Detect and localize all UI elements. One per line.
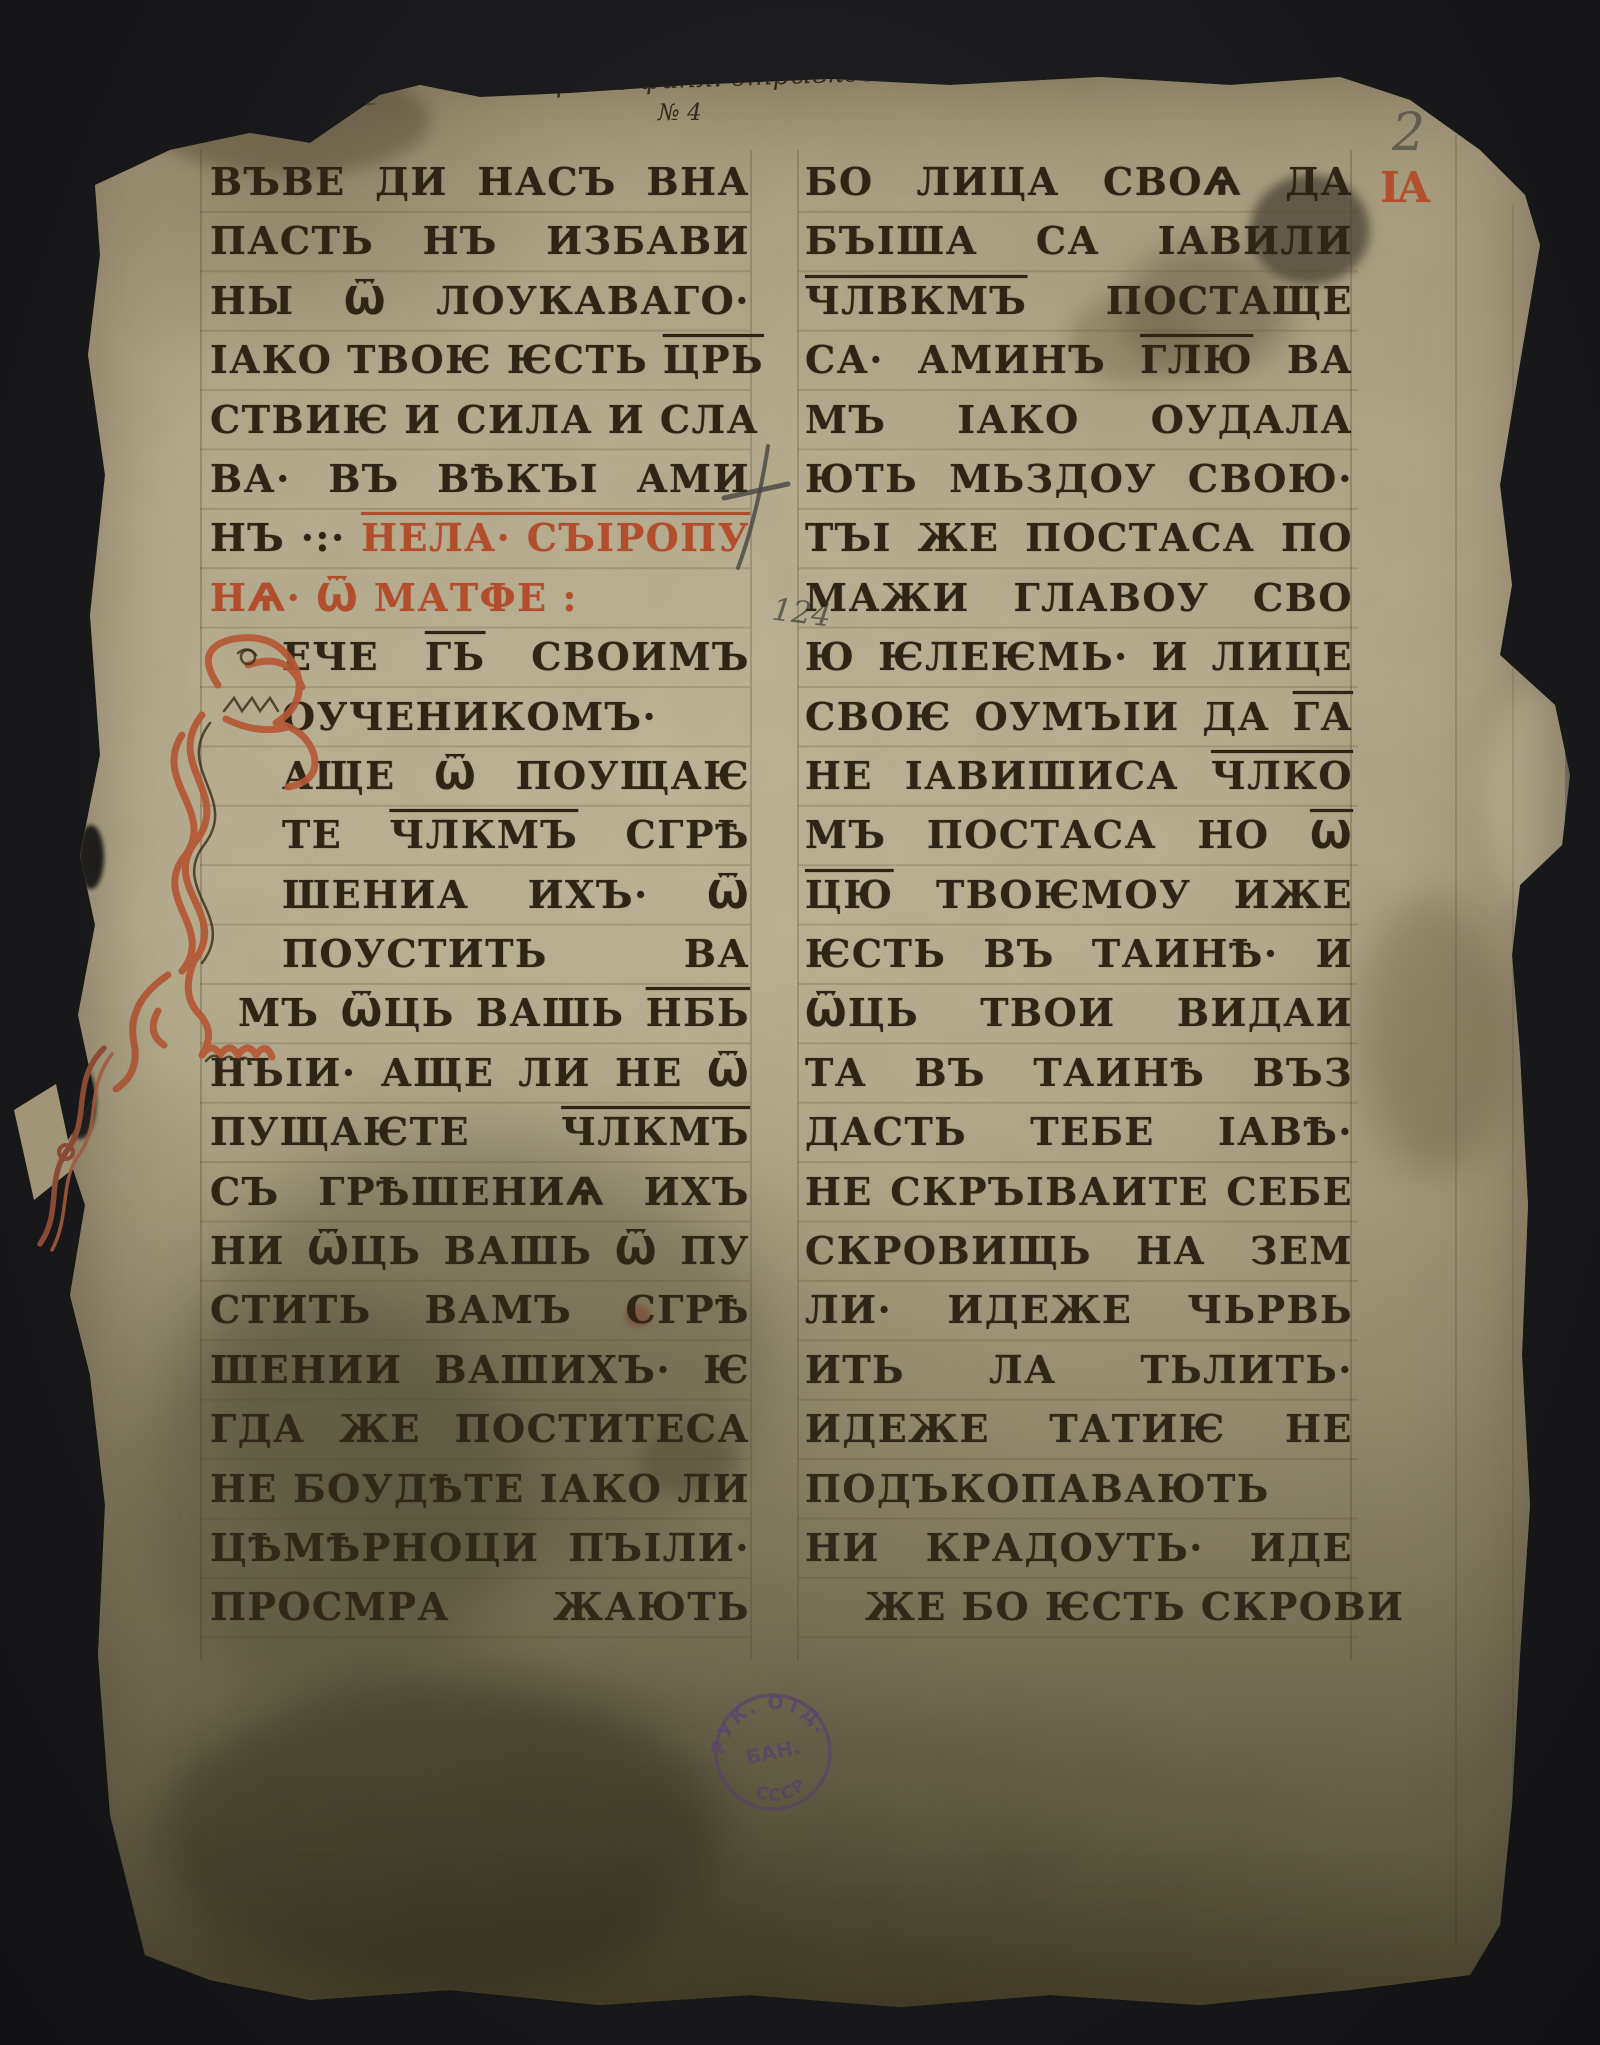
manuscript-line: НЕ СКРЪІВАИТЕ СЕБЕ [805,1162,1353,1221]
manuscript-line: МЪ ПОСТАСА НО Ѡ [805,805,1353,864]
manuscript-line: НИ ѾЦЬ ВАШЬ Ѿ ПУ [210,1221,750,1280]
svg-text:СССР: СССР [750,1772,814,1811]
text-run: ѾЦЬ ТВОИ ВИДАИ [805,990,1353,1035]
manuscript-line: ВЪВЕ ДИ НАСЪ ВНА [210,152,750,211]
text-run: НЪ ·:· [210,515,361,560]
manuscript-line: ІАКО ТВОѤ ѤСТЬ ЦРЬ [210,330,750,389]
text-run: ВА· ВЪ ВѢКЪІ АМИ [210,456,750,501]
manuscript-line: ПРОСМРА ЖАЮТЬ [210,1577,750,1636]
text-run: ИТЬ ЛА ТЬЛИТЬ· [805,1347,1353,1392]
stamp-text-bottom: СССР [750,1772,814,1811]
manuscript-line: ПОДЪКОПАВАЮТЬ [805,1459,1353,1518]
manuscript-line: ЦѢМѢРНОЦИ ПЪІЛИ· [210,1518,750,1577]
manuscript-line: ЧЛВКМЪ ПОСТАЩЕ [805,271,1353,330]
text-run: МЪ ПОСТАСА НО [805,812,1310,857]
text-run: СА· АМИНЪ [805,337,1140,382]
edge-hole-3 [80,1495,98,1537]
text-run: СКРОВИЩЬ НА ЗЕМ [805,1228,1353,1273]
right-text-column: БО ЛИЦА СВОѦ ДАБЪІША СА ІАВИЛИЧЛВКМЪ ПОС… [805,152,1353,1637]
manuscript-line: ОУЧЕНИКОМЪ· [282,687,750,746]
text-run: ИДЕЖЕ ТАТИѤ НЕ [805,1406,1353,1451]
text-run: ПУЩАѤТЕ [210,1109,561,1154]
text-run: НЕ СКРЪІВАИТЕ СЕБЕ [805,1169,1353,1214]
text-run: СВОИМЪ [485,634,750,679]
manuscript-line: ѾЦЬ ТВОИ ВИДАИ [805,983,1353,1042]
edge-hole-1 [78,825,104,889]
manuscript-line: ѤСТЬ ВЪ ТАИНѢ· И [805,924,1353,983]
manuscript-line: Ю ѤЛЕѤМЬ· И ЛИЦЕ [805,627,1353,686]
light-patch-right-edge [1490,685,1585,915]
text-run: ЖЕ БО ѤСТЬ СКРОВИ [865,1584,1404,1629]
text-run: ШЕНИИ ВАШИХЪ· Ѥ [210,1347,750,1392]
collection-number: № 4 [658,100,702,126]
manuscript-line: СТИТЬ ВАМЪ СГРѢ [210,1280,750,1339]
text-run: БЪІША СА ІАВИЛИ [805,218,1353,263]
text-run: ГА [1293,694,1353,739]
manuscript-line: ТЪІ ЖЕ ПОСТАСА ПО [805,508,1353,567]
text-run: ЦѢМѢРНОЦИ ПЪІЛИ· [210,1525,750,1570]
collection-title: Собраніе финл. отрывковъ [502,56,894,101]
text-run: СВОѤ ОУМЪІИ ДА [805,694,1293,739]
text-run: ЧЛКО [1211,753,1353,798]
text-run: Ю ѤЛЕѤМЬ· И ЛИЦЕ [805,634,1353,679]
text-run: НЕ ІАВИШИСА [805,753,1211,798]
manuscript-line: МЪ ІАКО ОУДАЛА [805,390,1353,449]
text-run: НЕ БОУДѢТЕ ІАКО ЛИ [210,1466,750,1511]
manuscript-line: ЛИ· ИДЕЖЕ ЧЬРВЬ [805,1280,1353,1339]
text-run: НЕЛА· СЪІРОПУ [361,515,750,560]
manuscript-line: ГДА ЖЕ ПОСТИТЕСА [210,1399,750,1458]
library-stamp: РУК. ОТД. БАН. СССР [684,1663,862,1841]
text-run: НБЬ [646,990,750,1035]
text-run: СГРѢ [578,812,750,857]
photo-mat: М.Ф. VI. 13— Собраніе финл. отрывковъ № … [0,0,1600,2045]
manuscript-line: ПУЩАѤТЕ ЧЛКМЪ [210,1102,750,1161]
stain-bottom-left-dark [160,1675,720,1995]
text-run: АЩЕ Ѿ ПОУЩАѤ [282,753,750,798]
folio-number: 2 [1392,103,1425,163]
manuscript-line: ЖЕ БО ѤСТЬ СКРОВИ [865,1577,1353,1636]
manuscript-line: СКРОВИЩЬ НА ЗЕМ [805,1221,1353,1280]
ruling-vertical-3 [797,150,799,1660]
red-marginal-letter: ІА [1380,163,1428,212]
manuscript-line: ЮТЬ МЬЗДОУ СВОЮ· [805,449,1353,508]
text-run: ГЬ [425,634,486,679]
text-run: ЧЛКМЪ [389,812,578,857]
text-run: ІАКО ТВОѤ ѤСТЬ [210,337,663,382]
text-run: НИ КРАДОУТЬ· ИДЕ [805,1525,1353,1570]
manuscript-line: БО ЛИЦА СВОѦ ДА [805,152,1353,211]
crease-vertical-far-right [1512,205,1514,1905]
text-run: ПОДЪКОПАВАЮТЬ [805,1466,1270,1511]
manuscript-line: НЕ БОУДѢТЕ ІАКО ЛИ [210,1459,750,1518]
manuscript-line: ТЕ ЧЛКМЪ СГРѢ [282,805,750,864]
text-run: ГЛЮ [1140,337,1253,382]
manuscript-leaf: М.Ф. VI. 13— Собраніе финл. отрывковъ № … [50,55,1565,2010]
manuscript-line: ИТЬ ЛА ТЬЛИТЬ· [805,1340,1353,1399]
text-run: МАЖИ ГЛАВОУ СВО [805,575,1353,620]
text-run: СТИТЬ ВАМЪ СГРѢ [210,1287,750,1332]
manuscript-line: СВОѤ ОУМЪІИ ДА ГА [805,687,1353,746]
manuscript-line: НѦ· Ѿ МАТФЕ : [210,568,750,627]
manuscript-line: НЫ Ѿ ЛОУКАВАГО· [210,271,750,330]
stamp-text-middle: БАН. [744,1735,803,1770]
text-run: ГДА ЖЕ ПОСТИТЕСА [210,1406,750,1451]
manuscript-line: НЪ ·:· НЕЛА· СЪІРОПУ [210,508,750,567]
manuscript-line: СЪ ГРѢШЕНИѦ ИХЪ [210,1162,750,1221]
text-run: МЪ ІАКО ОУДАЛА [805,397,1353,442]
manuscript-line: МАЖИ ГЛАВОУ СВО [805,568,1353,627]
manuscript-line: ПОУСТИТЬ ВА [282,924,750,983]
text-run: ДАСТЬ ТЕБЕ ІАВѢ· [805,1109,1353,1154]
text-run: ЧЛВКМЪ [805,278,1027,323]
text-run: ПОСТАЩЕ [1027,278,1353,323]
manuscript-line: БЪІША СА ІАВИЛИ [805,211,1353,270]
text-run: ЛИ· ИДЕЖЕ ЧЬРВЬ [805,1287,1353,1332]
manuscript-line: СА· АМИНЪ ГЛЮ ВА [805,330,1353,389]
stain-right-mid [1360,895,1510,1175]
text-run: ПОУСТИТЬ ВА [282,931,750,976]
text-run: ЦРЬ [663,337,764,382]
text-run: ПРОСМРА ЖАЮТЬ [210,1584,750,1629]
text-run: ВА [1253,337,1353,382]
text-run: БО ЛИЦА СВОѦ ДА [805,159,1353,204]
text-run: СЪ ГРѢШЕНИѦ ИХЪ [210,1169,750,1214]
text-run: ЦЮ [805,872,894,917]
text-run: НѦ· Ѿ МАТФЕ : [210,575,578,620]
crease-vertical-right [1455,135,1457,1945]
text-run: ТВОѤМОУ ИЖЕ [894,872,1353,917]
text-run: ТА ВЪ ТАИНѢ ВЪЗ [805,1050,1353,1095]
manuscript-line: АЩЕ Ѿ ПОУЩАѤ [282,746,750,805]
text-run: НЫ Ѿ ЛОУКАВАГО· [210,278,750,323]
manuscript-line: НИ КРАДОУТЬ· ИДЕ [805,1518,1353,1577]
text-run: СТВИѤ И СИЛА И СЛА [210,397,759,442]
pencil-shelfmark: М.Ф. VI. 13— [164,84,378,138]
text-run: Ѡ [1310,812,1353,857]
manuscript-line: ПАСТЬ НЪ ИЗБАВИ [210,211,750,270]
binding-thread [8,1040,148,1290]
manuscript-line: ШЕНИА ИХЪ· Ѿ [282,865,750,924]
text-run: ПАСТЬ НЪ ИЗБАВИ [210,218,750,263]
manuscript-line: ВА· ВЪ ВѢКЪІ АМИ [210,449,750,508]
manuscript-line: ЕЧЕ ГЬ СВОИМЪ [282,627,750,686]
manuscript-line: НЕ ІАВИШИСА ЧЛКО [805,746,1353,805]
text-run: ОУЧЕНИКОМЪ· [282,694,657,739]
manuscript-line: ТА ВЪ ТАИНѢ ВЪЗ [805,1043,1353,1102]
manuscript-line: ДАСТЬ ТЕБЕ ІАВѢ· [805,1102,1353,1161]
zoomorphic-initial [98,623,328,1103]
manuscript-line: ИДЕЖЕ ТАТИѤ НЕ [805,1399,1353,1458]
text-run: ВЪВЕ ДИ НАСЪ ВНА [210,159,750,204]
text-run: НИ ѾЦЬ ВАШЬ Ѿ ПУ [210,1228,750,1273]
text-run: ТЪІ ЖЕ ПОСТАСА ПО [805,515,1353,560]
manuscript-line: СТВИѤ И СИЛА И СЛА [210,390,750,449]
manuscript-line: ЦЮ ТВОѤМОУ ИЖЕ [805,865,1353,924]
text-run: ЮТЬ МЬЗДОУ СВОЮ· [805,456,1353,501]
text-run: ѤСТЬ ВЪ ТАИНѢ· И [805,931,1353,976]
text-run: ЧЛКМЪ [561,1109,750,1154]
manuscript-line: ШЕНИИ ВАШИХЪ· Ѥ [210,1340,750,1399]
text-run: ШЕНИА ИХЪ· Ѿ [282,872,750,917]
